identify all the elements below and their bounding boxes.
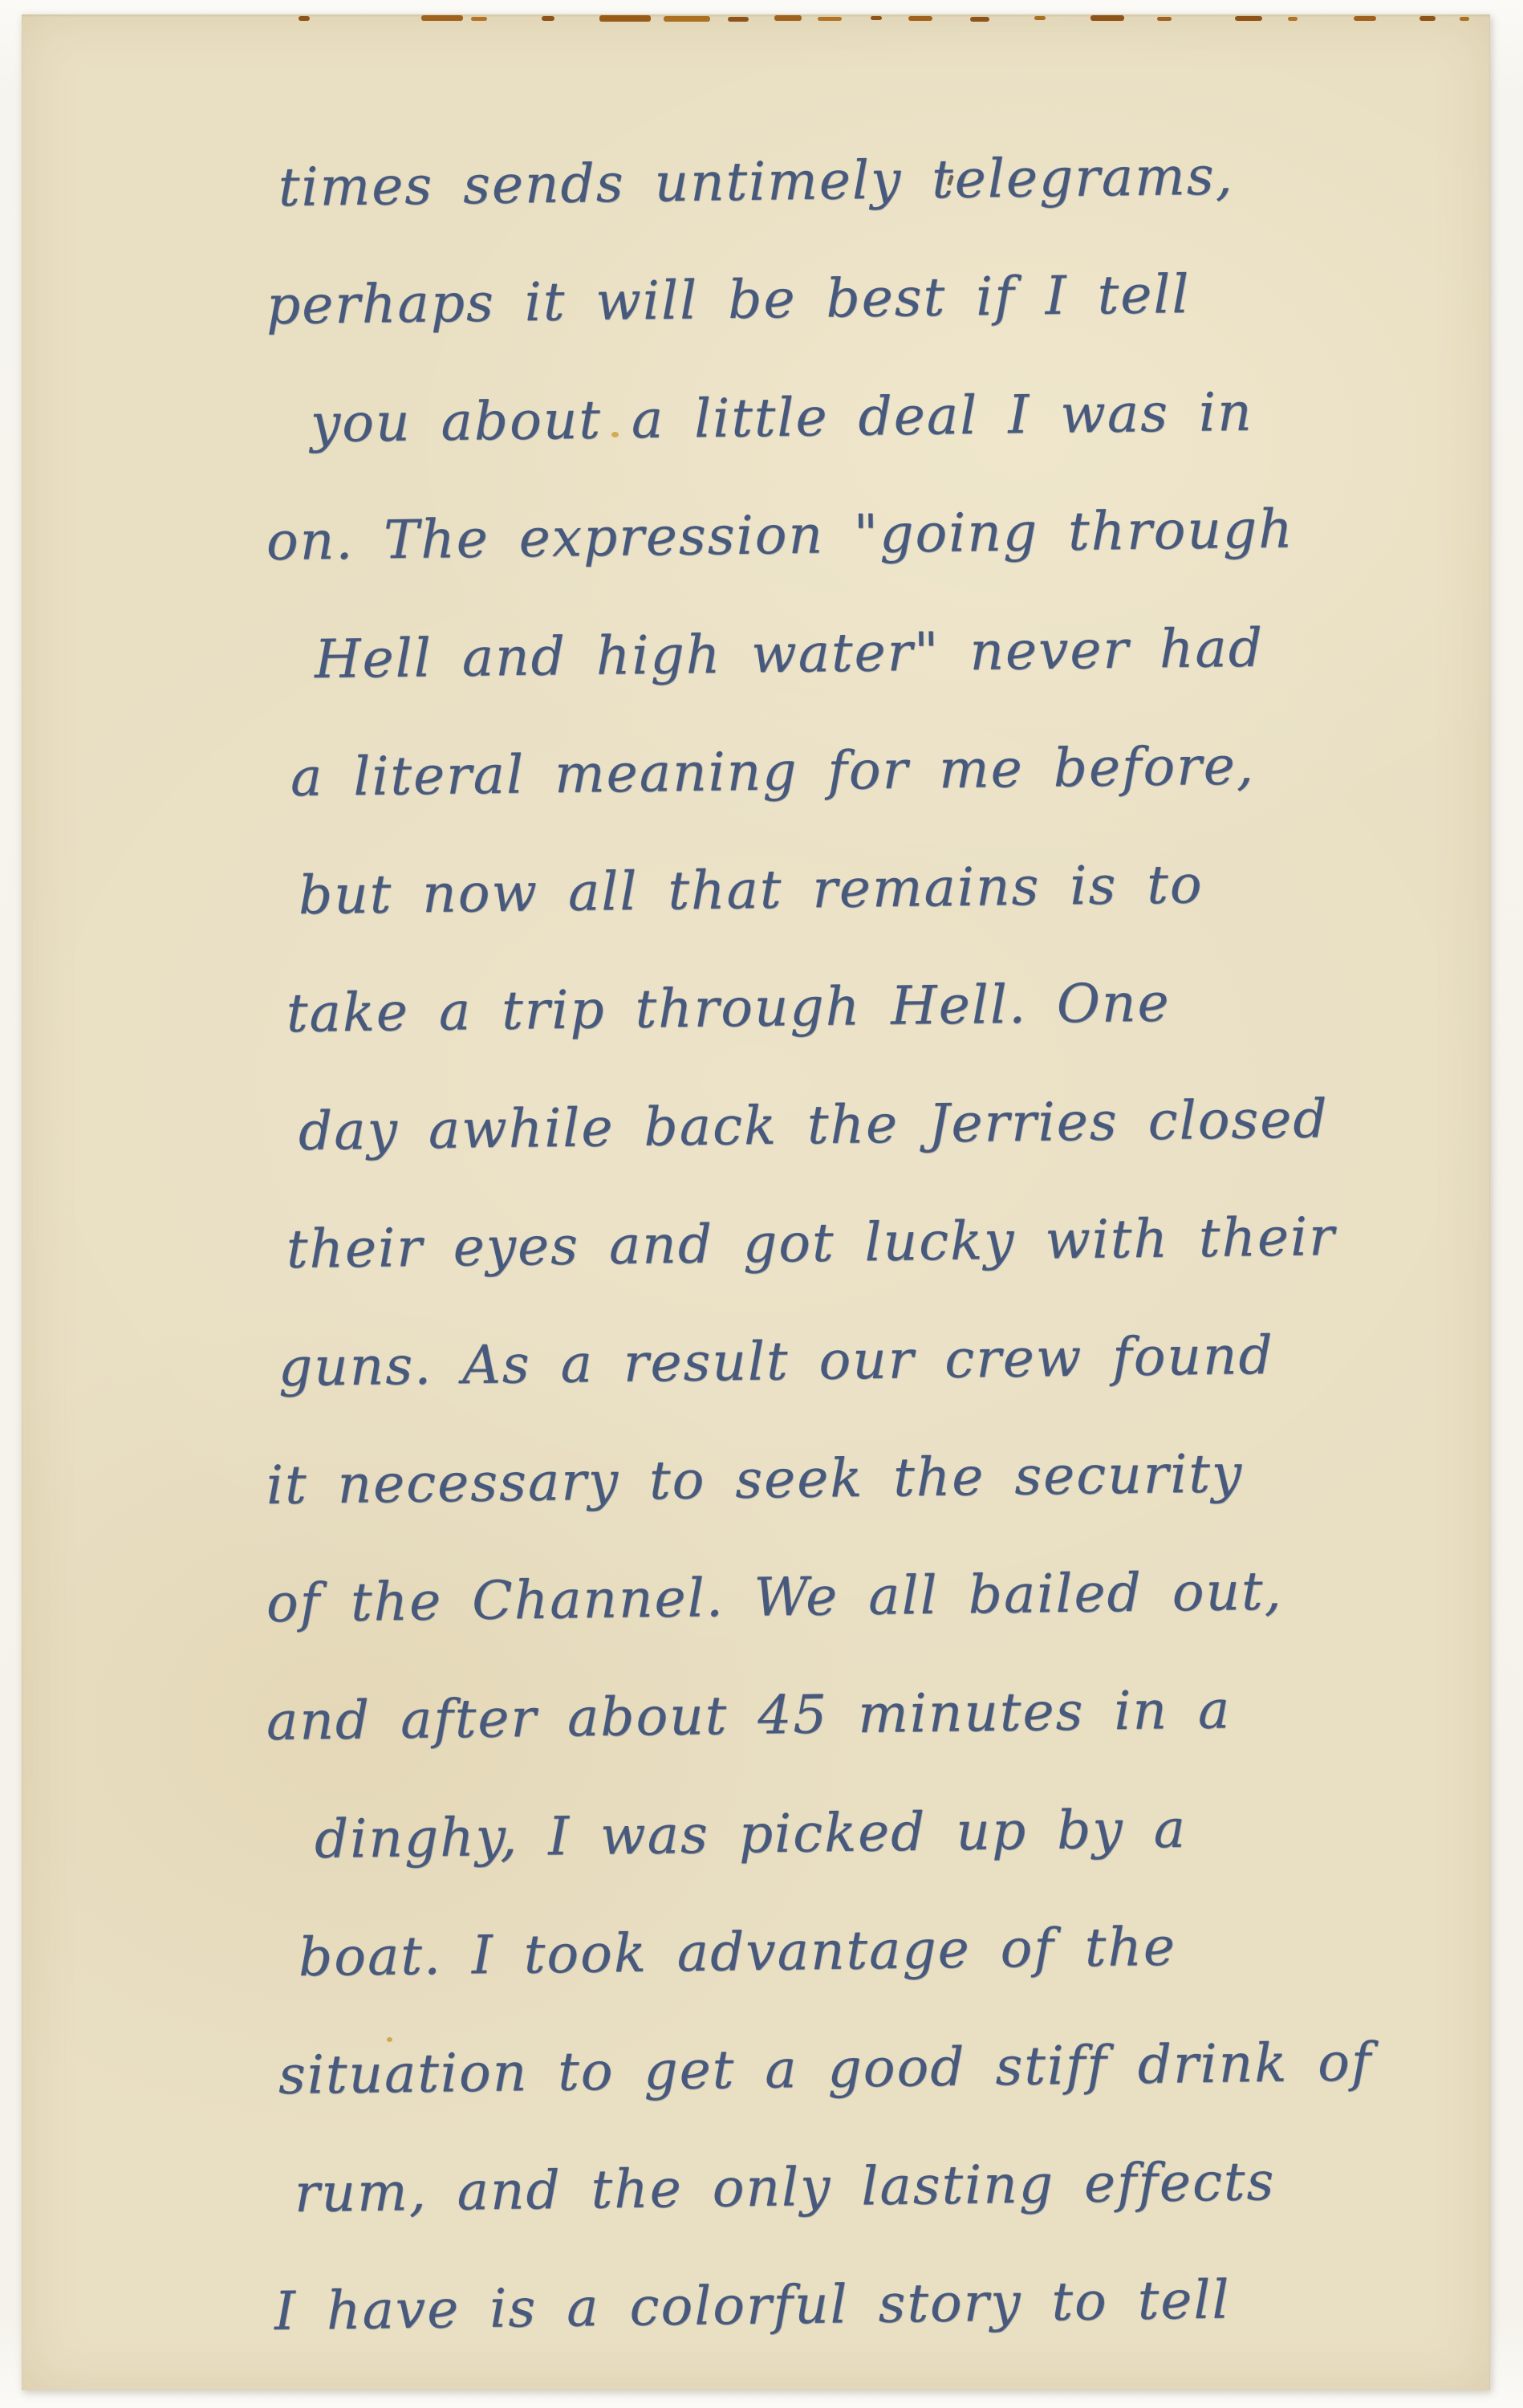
handwritten-text: times sends untimely telegrams, perhaps … [22, 14, 1490, 2390]
handwritten-line: dinghy, I was picked up by a [315, 1800, 1188, 1869]
handwritten-line: on. The expression "going through [266, 500, 1295, 571]
handwritten-line: it necessary to seek the security [266, 1445, 1244, 1515]
handwritten-line: rum, and the only lasting effects [294, 2153, 1276, 2223]
handwritten-line: day awhile back the Jerries closed [299, 1090, 1329, 1161]
paper-speck [387, 2037, 392, 2042]
handwritten-line: Hell and high water" never had [315, 620, 1265, 689]
handwritten-line: of the Channel. We all bailed out, [266, 1563, 1283, 1633]
handwritten-line: situation to get a good stiff drink of [278, 2033, 1373, 2105]
handwritten-line: times sends untimely telegrams, [278, 147, 1234, 217]
handwritten-line: and after about 45 minutes in a [266, 1681, 1232, 1751]
handwritten-line: you about a little deal I was in [311, 384, 1253, 454]
handwritten-line: boat. I took advantage of the [299, 1918, 1177, 1987]
paper-speck [611, 432, 619, 437]
scanner-background: times sends untimely telegrams, perhaps … [0, 0, 1523, 2408]
handwritten-line: I have is a colorful story to tell [274, 2271, 1231, 2341]
handwritten-line: perhaps it will be best if I tell [266, 266, 1191, 336]
handwritten-line: take a trip through Hell. One [286, 974, 1171, 1043]
letter-page: times sends untimely telegrams, perhaps … [22, 14, 1490, 2390]
handwritten-line: guns. As a result our crew found [278, 1327, 1275, 1397]
handwritten-line: but now all that remains is to [299, 856, 1204, 925]
handwritten-line: a literal meaning for me before, [290, 737, 1256, 807]
handwritten-line: their eyes and got lucky with their [286, 1208, 1337, 1279]
